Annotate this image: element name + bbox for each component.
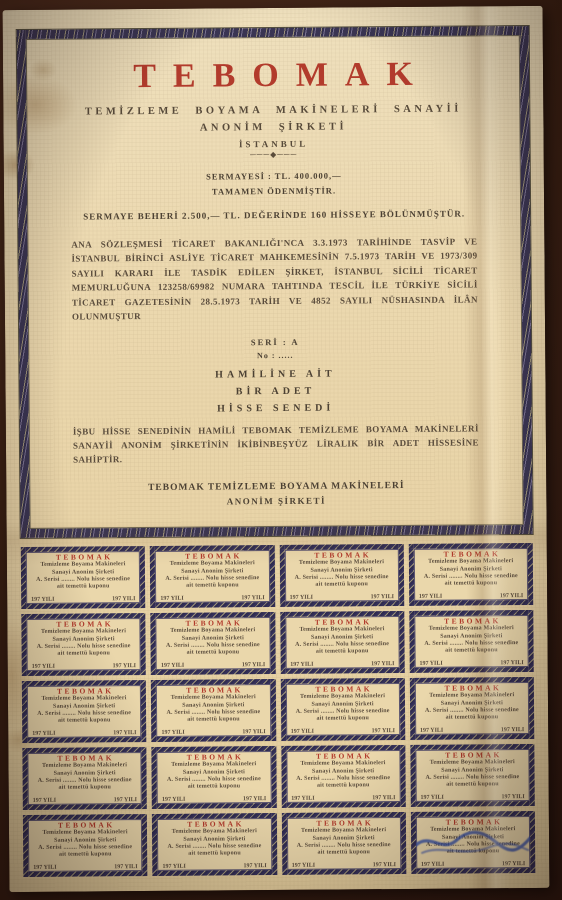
dividend-coupon: TEBOMAK Temizleme Boyama Makineleri Sana… [21, 546, 146, 609]
dividend-coupon: TEBOMAK Temizleme Boyama Makineleri Sana… [21, 613, 146, 676]
coupon-year-left: 197 YILI [163, 864, 186, 870]
coupon-line-4: ait temettü kuponu [58, 717, 111, 725]
coupon-line-4: ait temettü kuponu [57, 583, 110, 591]
capital-paid-note: TAMAMEN ÖDENMİŞTİR. [71, 184, 477, 197]
coupon-year-right: 197 YILI [112, 596, 135, 602]
coupon-year-row: 197 YILI 197 YILI [288, 594, 396, 601]
coupon-line-4: ait temettü kuponu [446, 714, 499, 722]
coupon-line-4: ait temettü kuponu [316, 648, 369, 656]
certificate-border-frame: TEBOMAK TEMİZLEME BOYAMA MAKİNELERİ SANA… [17, 26, 533, 538]
coupon-year-row: 197 YILI 197 YILI [288, 661, 396, 668]
photo-background: TEBOMAK TEMİZLEME BOYAMA MAKİNELERİ SANA… [0, 0, 562, 900]
coupon-line-4: ait temettü kuponu [186, 582, 239, 590]
coupon-year-row: 197 YILI 197 YILI [31, 797, 139, 804]
coupon-year-left: 197 YILI [160, 596, 183, 602]
coupon-year-left: 197 YILI [292, 863, 315, 869]
coupon-line-4: ait temettü kuponu [188, 850, 241, 858]
coupon-year-left: 197 YILI [291, 796, 314, 802]
issuer-name-line2: ANONİM ŞİRKETİ [73, 495, 479, 508]
coupon-year-right: 197 YILI [114, 864, 137, 870]
dividend-coupon: TEBOMAK Temizleme Boyama Makineleri Sana… [23, 814, 148, 877]
coupon-year-row: 197 YILI 197 YILI [289, 728, 397, 735]
coupon-year-right: 197 YILI [113, 730, 136, 736]
coupon-year-row: 197 YILI 197 YILI [418, 727, 526, 734]
coupon-line-4: ait temettü kuponu [315, 581, 368, 589]
coupon-year-right: 197 YILI [241, 595, 264, 601]
coupon-year-left: 197 YILI [31, 597, 54, 603]
coupon-year-row: 197 YILI 197 YILI [29, 596, 137, 603]
coupon-year-left: 197 YILI [291, 729, 314, 735]
dividend-coupon: TEBOMAK Temizleme Boyama Makineleri Sana… [150, 545, 275, 608]
registration-paragraph: ANA SÖZLEŞMESİ TİCARET BAKANLIĞI'NCA 3.3… [71, 234, 478, 324]
coupon-year-left: 197 YILI [161, 730, 184, 736]
coupon-line-4: ait temettü kuponu [445, 647, 498, 655]
certificate-body: TEBOMAK TEMİZLEME BOYAMA MAKİNELERİ SANA… [26, 35, 524, 529]
coupon-year-left: 197 YILI [32, 664, 55, 670]
holder-line-3: HİSSE SENEDİ [73, 402, 479, 416]
coupon-line-4: ait temettü kuponu [58, 784, 111, 792]
coupon-year-right: 197 YILI [372, 728, 395, 734]
company-subtitle-line1: TEMİZLEME BOYAMA MAKİNELERİ SANAYİİ [70, 103, 476, 117]
number-label: No : ..... [72, 350, 478, 362]
coupon-year-right: 197 YILI [372, 795, 395, 801]
coupon-year-right: 197 YILI [371, 594, 394, 600]
coupon-year-row: 197 YILI 197 YILI [158, 595, 266, 602]
dividend-coupon: TEBOMAK Temizleme Boyama Makineleri Sana… [411, 811, 536, 874]
coupon-line-4: ait temettü kuponu [316, 715, 369, 723]
ownership-paragraph: İŞBU HİSSE SENEDİNİN HAMİLİ TEBOMAK TEMİ… [73, 423, 479, 468]
dividend-coupon: TEBOMAK Temizleme Boyama Makineleri Sana… [151, 679, 276, 742]
coupon-line-4: ait temettü kuponu [188, 783, 241, 791]
coupon-year-row: 197 YILI 197 YILI [160, 796, 268, 803]
coupon-year-row: 197 YILI 197 YILI [159, 662, 267, 669]
coupon-year-row: 197 YILI 197 YILI [31, 864, 139, 871]
issuer-name-line1: TEBOMAK TEMİZLEME BOYAMA MAKİNELERİ [73, 481, 479, 494]
coupon-year-row: 197 YILI 197 YILI [30, 730, 138, 737]
coupon-line-4: ait temettü kuponu [447, 848, 500, 856]
dividend-coupon: TEBOMAK Temizleme Boyama Makineleri Sana… [408, 543, 533, 606]
coupon-year-left: 197 YILI [290, 595, 313, 601]
coupon-year-row: 197 YILI 197 YILI [30, 663, 138, 670]
capital-division-note: SERMAYE BEHERİ 2.500,— TL. DEĞERİNDE 160… [71, 208, 477, 221]
ornament-divider-icon: ───◆─── [71, 149, 477, 160]
coupon-year-right: 197 YILI [243, 796, 266, 802]
dividend-coupon: TEBOMAK Temizleme Boyama Makineleri Sana… [281, 812, 406, 875]
series-label: SERİ : A [72, 336, 478, 349]
dividend-coupon: TEBOMAK Temizleme Boyama Makineleri Sana… [280, 611, 405, 674]
coupon-year-right: 197 YILI [243, 863, 266, 869]
coupon-year-left: 197 YILI [33, 798, 56, 804]
dividend-coupon: TEBOMAK Temizleme Boyama Makineleri Sana… [281, 745, 406, 808]
certificate-paper: TEBOMAK TEMİZLEME BOYAMA MAKİNELERİ SANA… [3, 6, 550, 892]
coupon-year-left: 197 YILI [419, 661, 442, 667]
coupon-year-right: 197 YILI [373, 862, 396, 868]
company-subtitle-line2: ANONİM ŞİRKETİ [70, 120, 476, 134]
coupon-year-left: 197 YILI [161, 663, 184, 669]
coupon-year-right: 197 YILI [502, 861, 525, 867]
company-city: İSTANBUL [71, 137, 477, 150]
company-title: TEBOMAK [70, 57, 476, 94]
coupon-line-4: ait temettü kuponu [57, 650, 110, 658]
coupon-year-row: 197 YILI 197 YILI [418, 794, 526, 801]
coupon-year-right: 197 YILI [242, 662, 265, 668]
dividend-coupon: TEBOMAK Temizleme Boyama Makineleri Sana… [152, 813, 277, 876]
coupon-year-right: 197 YILI [501, 794, 524, 800]
coupon-line-4: ait temettü kuponu [445, 580, 498, 588]
coupon-year-right: 197 YILI [242, 729, 265, 735]
coupon-year-left: 197 YILI [32, 731, 55, 737]
coupon-line-4: ait temettü kuponu [446, 781, 499, 789]
dividend-coupon: TEBOMAK Temizleme Boyama Makineleri Sana… [152, 746, 277, 809]
dividend-coupon: TEBOMAK Temizleme Boyama Makineleri Sana… [151, 612, 276, 675]
holder-line-1: HAMİLİNE AİT [72, 368, 478, 382]
coupon-year-right: 197 YILI [500, 660, 523, 666]
coupon-year-left: 197 YILI [33, 865, 56, 871]
coupon-year-left: 197 YILI [162, 797, 185, 803]
coupon-year-left: 197 YILI [419, 594, 442, 600]
coupon-year-left: 197 YILI [290, 662, 313, 668]
coupon-year-row: 197 YILI 197 YILI [161, 863, 269, 870]
coupon-year-row: 197 YILI 197 YILI [290, 862, 398, 869]
coupon-line-4: ait temettü kuponu [59, 851, 112, 859]
coupon-year-right: 197 YILI [501, 727, 524, 733]
dividend-coupon: TEBOMAK Temizleme Boyama Makineleri Sana… [409, 610, 534, 673]
dividend-coupon-sheet: TEBOMAK Temizleme Boyama Makineleri Sana… [21, 543, 536, 877]
coupon-year-right: 197 YILI [500, 593, 523, 599]
coupon-line-4: ait temettü kuponu [187, 716, 240, 724]
coupon-year-row: 197 YILI 197 YILI [419, 861, 527, 868]
capital-amount: SERMAYESİ : TL. 400.000,— [71, 169, 477, 182]
coupon-year-right: 197 YILI [371, 661, 394, 667]
coupon-line-4: ait temettü kuponu [317, 782, 370, 790]
coupon-year-row: 197 YILI 197 YILI [417, 593, 525, 600]
coupon-year-row: 197 YILI 197 YILI [159, 729, 267, 736]
coupon-year-row: 197 YILI 197 YILI [417, 660, 525, 667]
dividend-coupon: TEBOMAK Temizleme Boyama Makineleri Sana… [279, 544, 404, 607]
dividend-coupon: TEBOMAK Temizleme Boyama Makineleri Sana… [22, 680, 147, 743]
coupon-year-right: 197 YILI [114, 797, 137, 803]
dividend-coupon: TEBOMAK Temizleme Boyama Makineleri Sana… [410, 744, 535, 807]
holder-line-2: BİR ADET [73, 385, 479, 399]
dividend-coupon: TEBOMAK Temizleme Boyama Makineleri Sana… [22, 747, 147, 810]
coupon-year-row: 197 YILI 197 YILI [289, 795, 397, 802]
dividend-coupon: TEBOMAK Temizleme Boyama Makineleri Sana… [410, 677, 535, 740]
coupon-line-4: ait temettü kuponu [317, 849, 370, 857]
coupon-line-4: ait temettü kuponu [187, 649, 240, 657]
dividend-coupon: TEBOMAK Temizleme Boyama Makineleri Sana… [280, 678, 405, 741]
coupon-year-right: 197 YILI [113, 663, 136, 669]
coupon-year-left: 197 YILI [421, 862, 444, 868]
coupon-year-left: 197 YILI [420, 795, 443, 801]
coupon-year-left: 197 YILI [420, 728, 443, 734]
